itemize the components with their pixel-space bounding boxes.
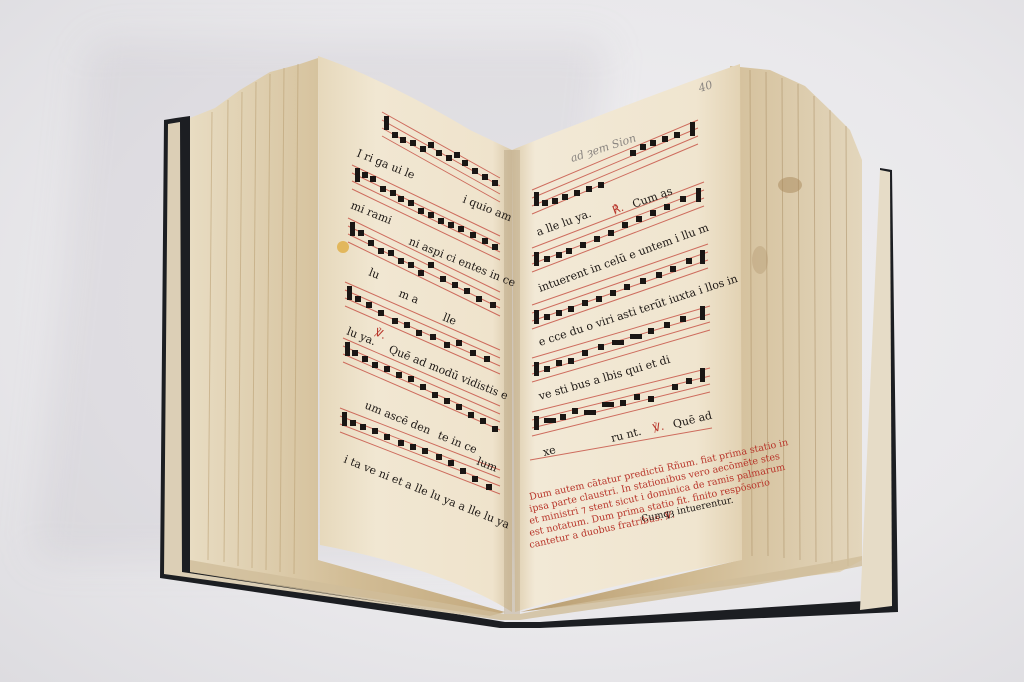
book-illustration: I ri ga ui le i quio am mi rami ni aspi … — [0, 0, 1024, 682]
photo-scene: I ri ga ui le i quio am mi rami ni aspi … — [0, 0, 1024, 682]
